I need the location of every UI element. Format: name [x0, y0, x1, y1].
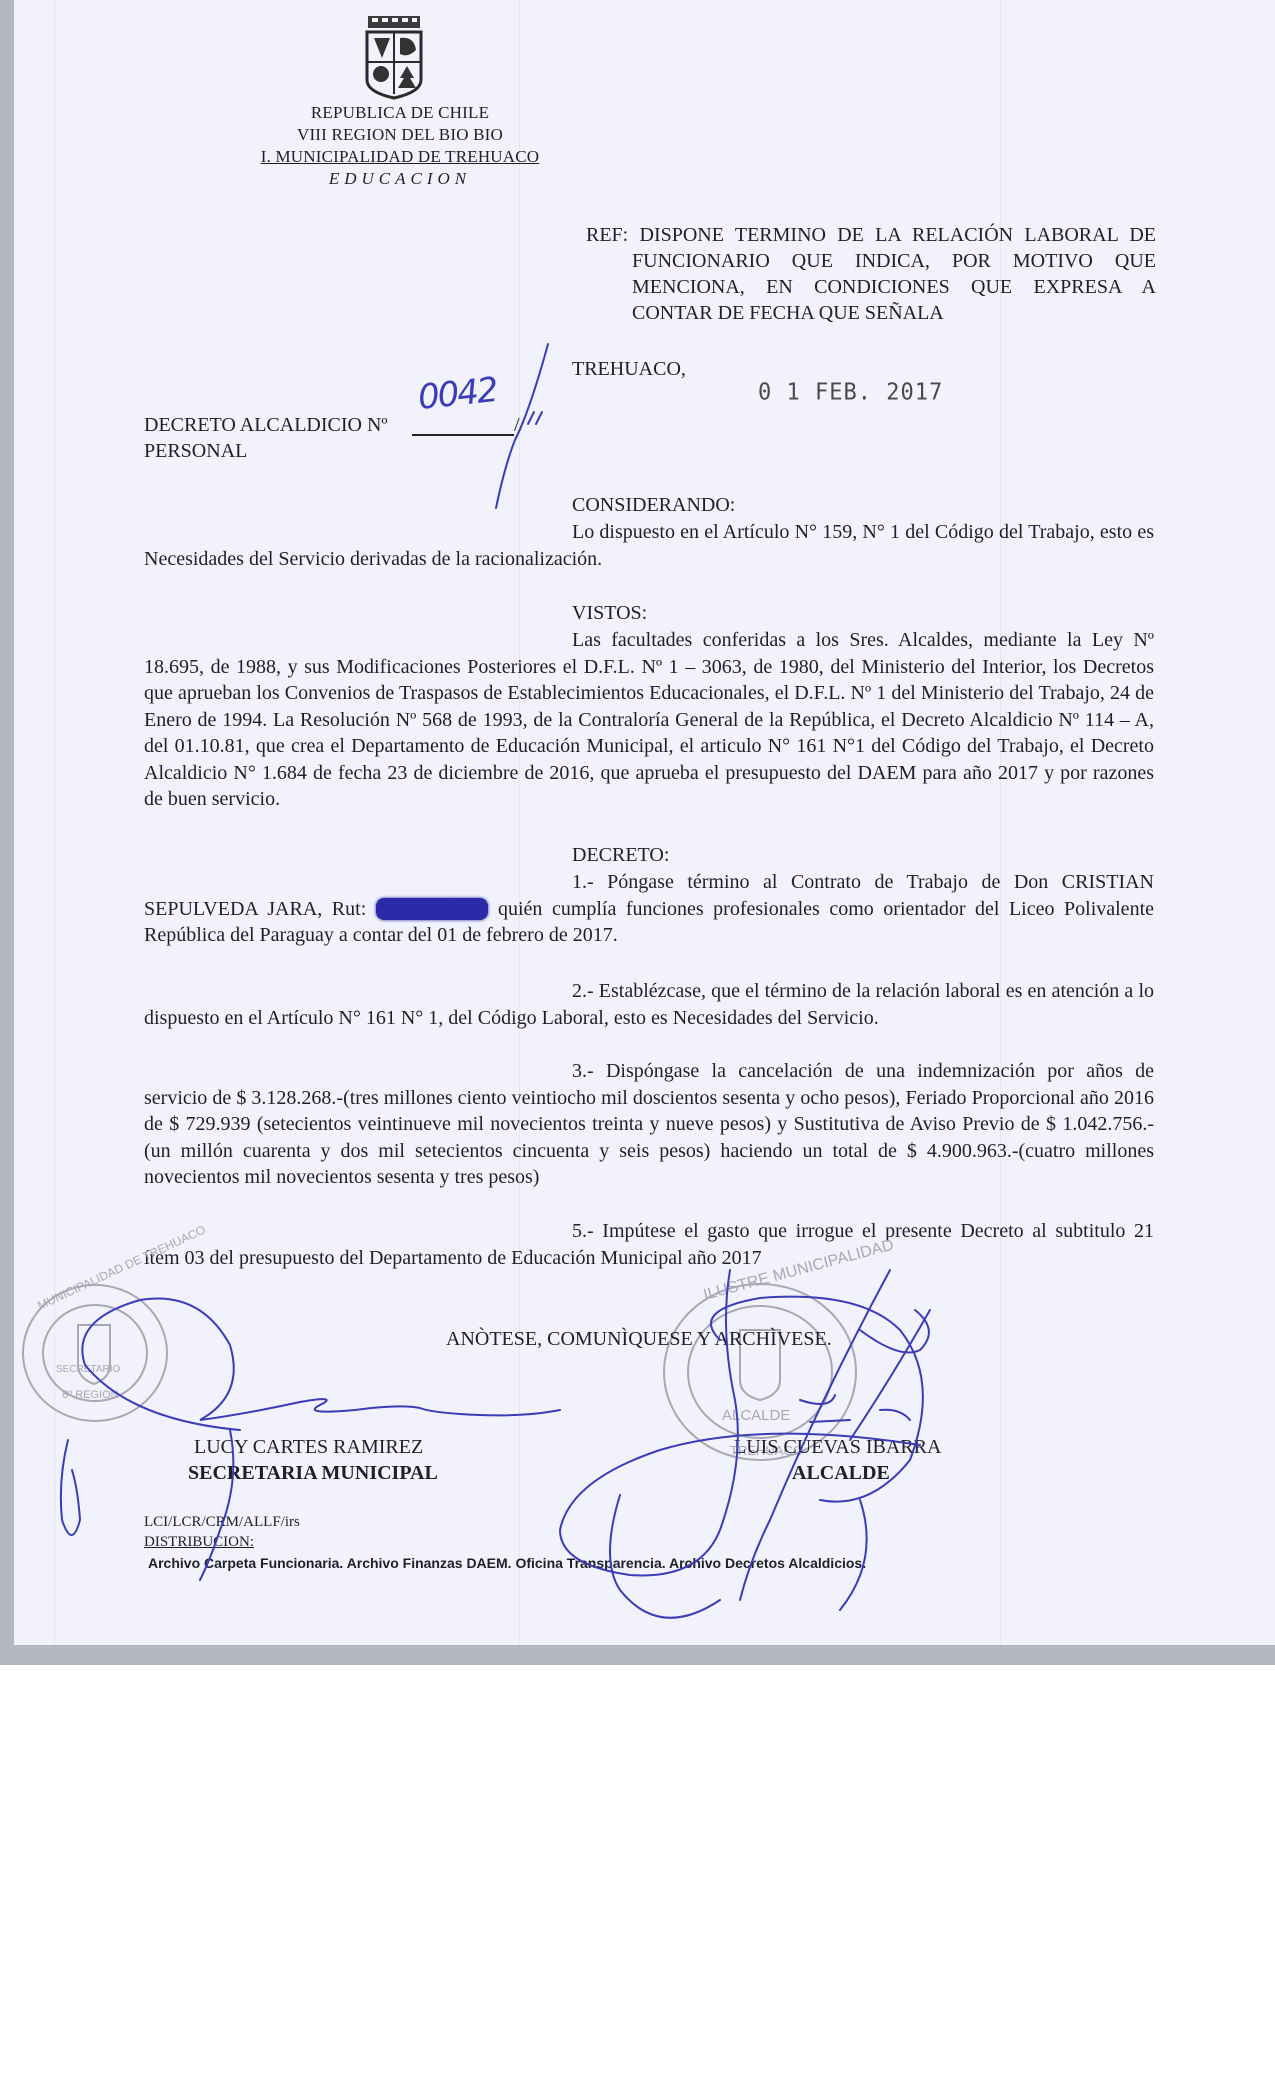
decreto-item-3: 3.- Dispóngase la cancelación de una ind… — [144, 1058, 1154, 1191]
header-department: EDUCACION — [230, 168, 570, 190]
coat-of-arms-icon — [364, 14, 424, 100]
vistos-paragraph: Las facultades conferidas a los Sres. Al… — [144, 627, 1154, 813]
signatory-1-title: SECRETARIA MUNICIPAL — [188, 1460, 438, 1486]
ref-line: MENCIONA, EN CONDICIONES QUE EXPRESA A — [586, 274, 1156, 300]
signatory-2-title: ALCALDE — [792, 1460, 890, 1486]
place-label: TREHUACO, — [572, 356, 686, 383]
distribution-list: Archivo Carpeta Funcionaria. Archivo Fin… — [148, 1553, 866, 1573]
decreto-heading: DECRETO: — [572, 842, 669, 869]
closing-formula: ANÒTESE, COMUNÌQUESE Y ARCHÌVESE. — [446, 1326, 832, 1353]
decree-number-handwritten: 0042 — [416, 370, 498, 418]
decree-number-suffix: // — [514, 412, 525, 439]
decree-number-label: DECRETO ALCALDICIO Nº — [144, 412, 388, 439]
distribution-label: DISTRIBUCION: — [144, 1532, 254, 1552]
decreto-item-2: 2.- Establézcase, que el término de la r… — [144, 978, 1154, 1031]
ref-line: REF: DISPONE TERMINO DE LA RELACIÓN LABO… — [586, 222, 1156, 248]
header-republic: REPUBLICA DE CHILE — [230, 102, 570, 124]
initials: LCI/LCR/CRM/ALLF/irs — [144, 1512, 300, 1532]
signatory-2-name: LUIS CUEVAS IBARRA — [734, 1434, 941, 1460]
signatory-1-name: LUCY CARTES RAMIREZ — [194, 1434, 423, 1460]
considerando-paragraph: Lo dispuesto en el Artículo N° 159, N° 1… — [144, 519, 1154, 572]
header-region: VIII REGION DEL BIO BIO — [230, 124, 570, 146]
header-municipality: I. MUNICIPALIDAD DE TREHUACO — [230, 146, 570, 168]
considerando-heading: CONSIDERANDO: — [572, 492, 735, 519]
decree-number-line — [412, 434, 514, 436]
ref-line: CONTAR DE FECHA QUE SEÑALA — [586, 300, 1156, 326]
decree-type: PERSONAL — [144, 438, 247, 465]
vistos-heading: VISTOS: — [572, 600, 647, 627]
decreto-item-5: 5.- Impútese el gasto que irrogue el pre… — [144, 1218, 1154, 1271]
reference-block: REF: DISPONE TERMINO DE LA RELACIÓN LABO… — [586, 222, 1156, 326]
decreto-item-1: 1.- Póngase término al Contrato de Traba… — [144, 869, 1154, 949]
date-stamp: 0 1 FEB. 2017 — [758, 379, 943, 405]
redacted-rut: 17.129.932-2 — [376, 898, 489, 920]
ref-line: FUNCIONARIO QUE INDICA, POR MOTIVO QUE — [586, 248, 1156, 274]
